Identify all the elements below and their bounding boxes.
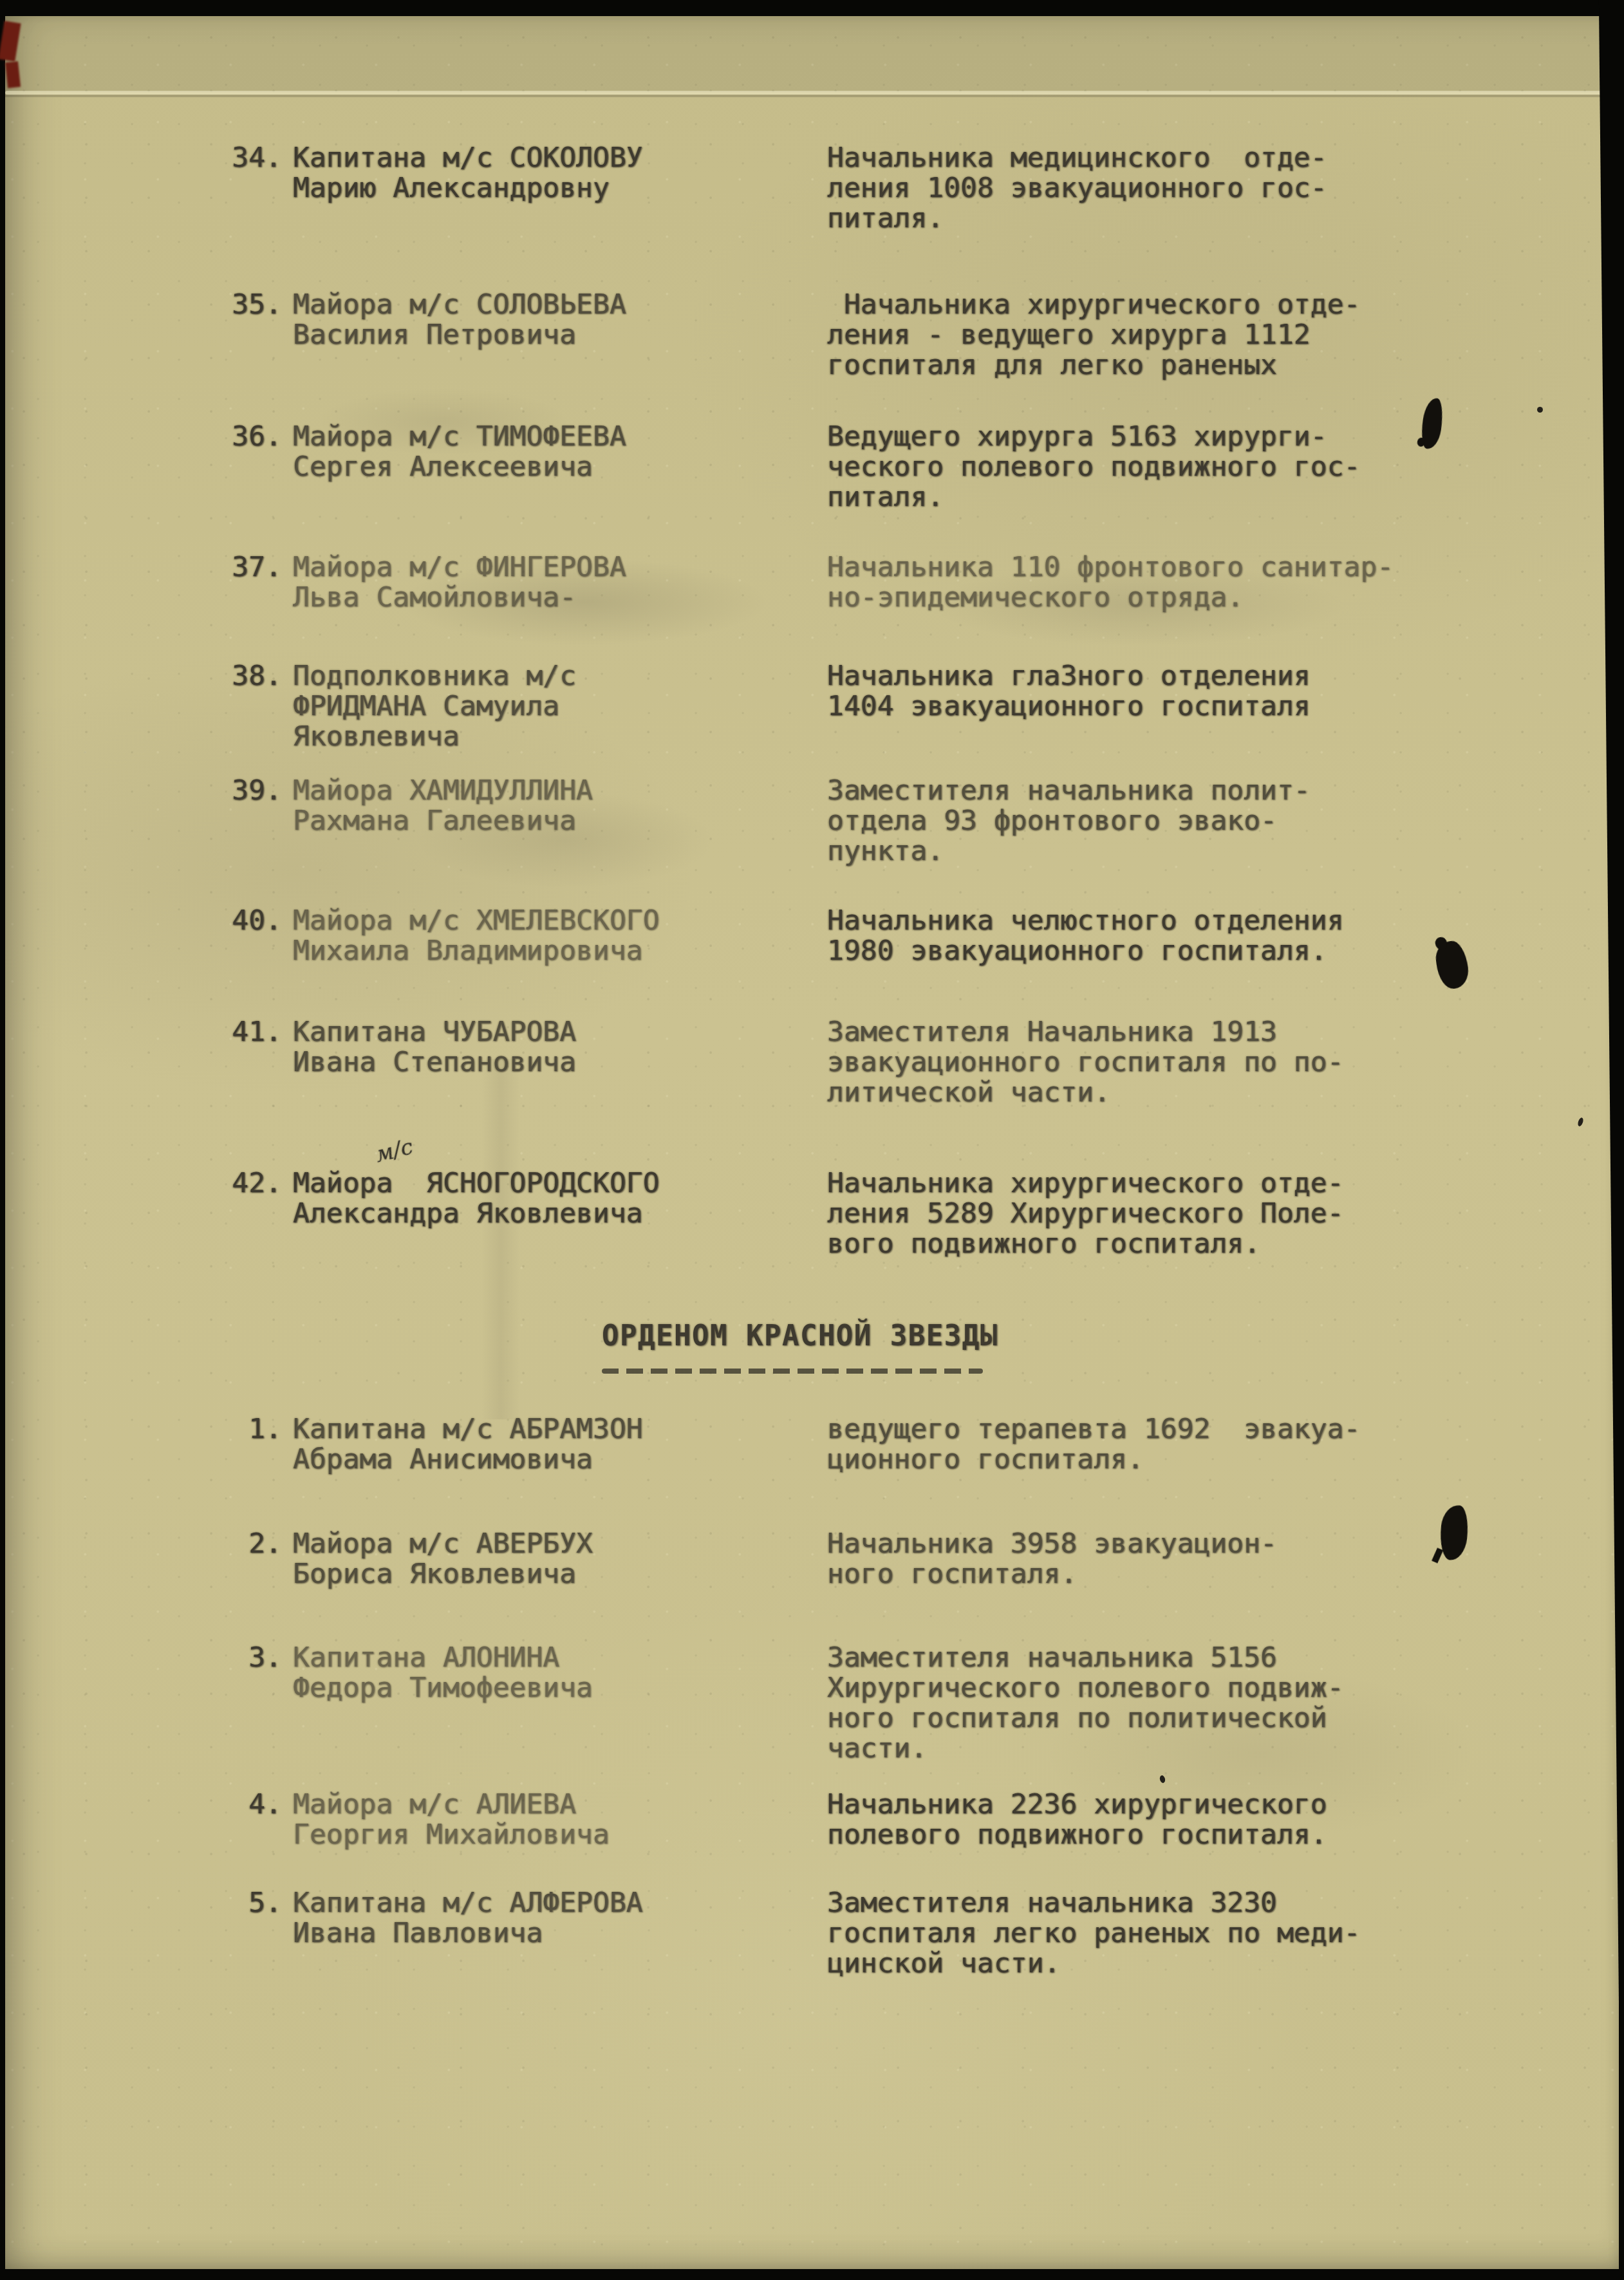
entry-rank-name: Майора м/с СОЛОВЬЕВА Василия Петровича xyxy=(293,290,827,350)
paper-fold-streak xyxy=(481,1059,520,1419)
entry-rank-name: Майора м/с АЛИЕВА Георгия Михайловича xyxy=(293,1789,827,1850)
red-pencil-mark xyxy=(5,61,21,88)
entry-duty: Начальника медицинского отде- ления 1008… xyxy=(827,143,1593,234)
entry-duty: Заместителя Начальника 1913 эвакуационно… xyxy=(827,1017,1593,1108)
entry-number: 42. xyxy=(212,1168,282,1199)
entry-duty: Ведущего хирурга 5163 хирурги- ческого п… xyxy=(827,422,1593,512)
entry-number: 5. xyxy=(212,1888,282,1918)
entry-rank-name: Майора м/с ФИНГЕРОВА Льва Самойловича- xyxy=(293,552,827,613)
entry-number: 34. xyxy=(212,143,282,173)
entry-rank-name: Майора м/с АВЕРБУХ Бориса Яковлевича xyxy=(293,1529,827,1589)
entry-rank-name: Капитана м/с АЛФЕРОВА Ивана Павловича xyxy=(293,1888,827,1948)
entry-number: 36. xyxy=(212,422,282,452)
entry-number: 35. xyxy=(212,290,282,320)
paper-edge-shadow xyxy=(5,95,1619,97)
entry-rank-name: Майора ХАМИДУЛЛИНА Рахмана Галеевича xyxy=(293,776,827,836)
entry-rank-name: Майора ЯСНОГОРОДСКОГО Александра Яковлев… xyxy=(293,1168,827,1229)
scan-border-bottom xyxy=(0,2269,1624,2280)
entry-duty: Заместителя начальника полит- отдела 93 … xyxy=(827,776,1593,866)
entry-rank-name: Майора м/с ХМЕЛЕВСКОГО Михаила Владимиро… xyxy=(293,906,827,966)
scan-border-left xyxy=(0,0,5,2280)
heading-underline xyxy=(602,1369,983,1374)
entry-duty: Начальника хирургического отде- ления 52… xyxy=(827,1168,1593,1259)
entry-duty: Начальника хирургического отде- ления - … xyxy=(827,290,1593,380)
entry-rank-name: Подполковника м/с ФРИДМАНА Самуила Яковл… xyxy=(293,661,827,752)
ink-speck xyxy=(1537,407,1543,413)
entry-rank-name: Капитана АЛОНИНА Федора Тимофеевича xyxy=(293,1643,827,1703)
entry-duty: Начальника глаЗного отделения 1404 эваку… xyxy=(827,661,1593,722)
entry-number: 2. xyxy=(212,1529,282,1559)
entry-rank-name: Капитана ЧУБАРОВА Ивана Степановича xyxy=(293,1017,827,1078)
entry-rank-name: Капитана м/с СОКОЛОВУ Марию Александровн… xyxy=(293,143,827,203)
paper-edge-band xyxy=(5,16,1619,92)
entry-duty: Начальника челюстного отделения 1980 эва… xyxy=(827,906,1593,966)
entry-number: 41. xyxy=(212,1017,282,1047)
entry-duty: ведущего терапевта 1692 эвакуа- ционного… xyxy=(827,1414,1593,1475)
entry-number: 1. xyxy=(212,1414,282,1444)
entry-number: 3. xyxy=(212,1643,282,1673)
entry-rank-name: Капитана м/с АБРАМЗОН Абрама Анисимовича xyxy=(293,1414,827,1475)
entry-duty: Начальника 2236 хирургического полевого … xyxy=(827,1789,1593,1850)
section-heading: ОРДЕНОМ КРАСНОЙ ЗВЕЗДЫ xyxy=(602,1320,998,1352)
entry-number: 38. xyxy=(212,661,282,691)
entry-number: 39. xyxy=(212,776,282,806)
entry-rank-name: Майора м/с ТИМОФЕЕВА Сергея Алексеевича xyxy=(293,422,827,482)
entry-duty: Заместителя начальника 3230 госпиталя ле… xyxy=(827,1888,1593,1979)
scanned-document: { "colors":{ "paper":"#c8bf8d", "ink":"#… xyxy=(0,0,1624,2280)
entry-number: 4. xyxy=(212,1789,282,1820)
entry-duty: Заместителя начальника 5156 Хирургическо… xyxy=(827,1643,1593,1764)
entry-number: 40. xyxy=(212,906,282,936)
entry-duty: Начальника 3958 эвакуацион- ного госпита… xyxy=(827,1529,1593,1589)
scan-border-top xyxy=(0,0,1624,16)
entry-number: 37. xyxy=(212,552,282,583)
entry-duty: Начальника 110 фронтового санитар- но-эп… xyxy=(827,552,1593,613)
